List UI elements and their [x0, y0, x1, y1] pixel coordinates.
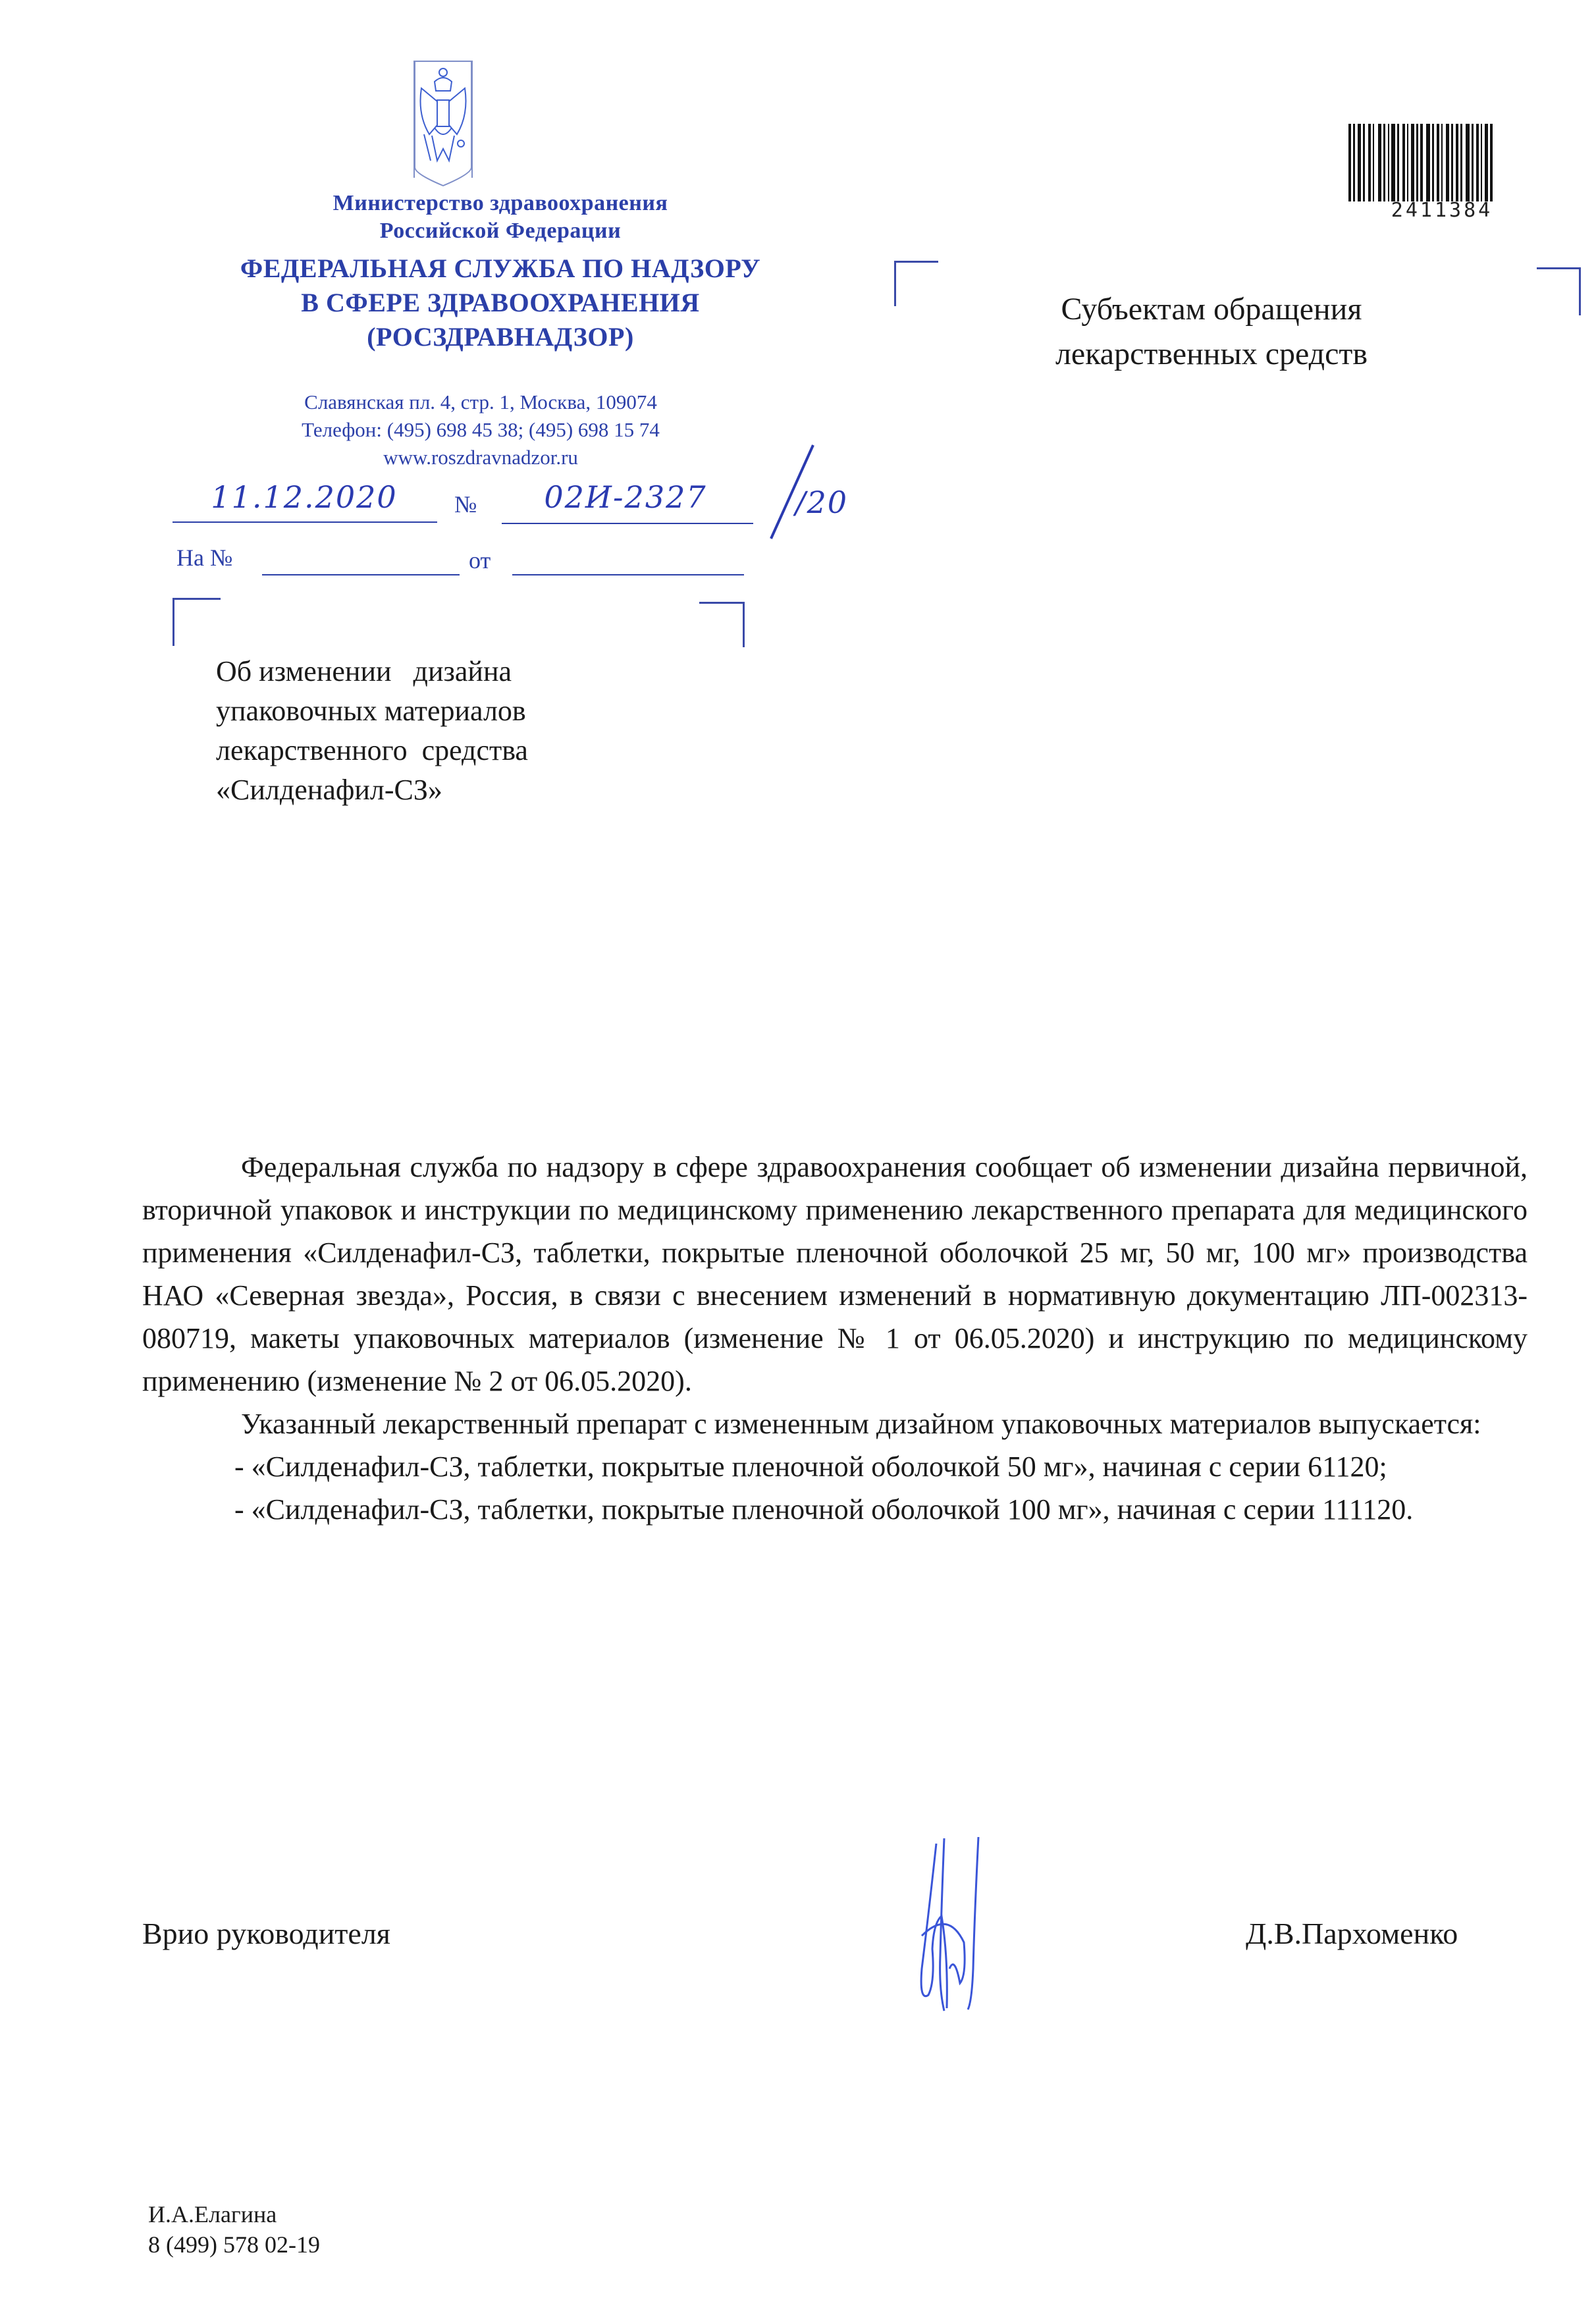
body-paragraph: Указанный лекарственный препарат с измен…	[142, 1402, 1528, 1445]
executor-phone: 8 (499) 578 02-19	[148, 2229, 320, 2260]
agency-line-3: (РОСЗДРАВНАДЗОР)	[165, 320, 836, 354]
agency-line-1: ФЕДЕРАЛЬНАЯ СЛУЖБА ПО НАДЗОРУ	[165, 252, 836, 286]
recipient-line-1: Субъектам обращения	[974, 287, 1449, 332]
website-link[interactable]: www.roszdravnadzor.ru	[198, 444, 764, 471]
subject-corner-top-left	[173, 598, 221, 646]
signatory-name: Д.В.Пархоменко	[1246, 1916, 1458, 1951]
recipient-block: Субъектам обращения лекарственных средст…	[974, 287, 1449, 377]
date-underline	[173, 521, 437, 523]
handwritten-signature-icon	[876, 1837, 1047, 2015]
registration-number: 02И-2327	[500, 479, 751, 515]
subject-line-4: «Силденафил-СЗ»	[216, 770, 585, 810]
agency-name: ФЕДЕРАЛЬНАЯ СЛУЖБА ПО НАДЗОРУ В СФЕРЕ ЗД…	[165, 252, 836, 354]
subject-line-2: упаковочных материалов	[216, 691, 585, 731]
body-paragraph: Федеральная служба по надзору в сфере зд…	[142, 1146, 1528, 1402]
signatory-role: Врио руководителя	[142, 1916, 390, 1951]
subject-line-1: Об изменении дизайна	[216, 652, 585, 691]
coat-of-arms-emblem	[413, 61, 473, 178]
reply-date-field	[512, 574, 744, 575]
recipient-line-2: лекарственных средств	[974, 332, 1449, 377]
registration-number-suffix: /20	[795, 485, 848, 520]
registration-date: 11.12.2020	[173, 479, 436, 515]
number-underline	[502, 523, 753, 524]
ministry-line-1: Министерство здравоохранения	[217, 190, 784, 217]
barcode	[1348, 124, 1539, 201]
executor-block: И.А.Елагина 8 (499) 578 02-19	[148, 2199, 320, 2260]
reply-number-label: На №	[176, 544, 232, 572]
number-label: №	[454, 491, 477, 518]
recipient-corner-top-right	[1537, 267, 1581, 315]
reply-number-field	[262, 574, 460, 575]
subject-corner-top-right	[699, 602, 745, 647]
address: Славянская пл. 4, стр. 1, Москва, 109074	[198, 388, 764, 416]
agency-contacts: Славянская пл. 4, стр. 1, Москва, 109074…	[198, 388, 764, 471]
letter-subject: Об изменении дизайна упаковочных материа…	[216, 652, 585, 810]
list-item: - «Силденафил-СЗ, таблетки, покрытые пле…	[142, 1488, 1528, 1531]
phone: Телефон: (495) 698 45 38; (495) 698 15 7…	[198, 416, 764, 444]
recipient-corner-top-left	[894, 261, 938, 306]
ministry-line-2: Российской Федерации	[217, 217, 784, 245]
double-headed-eagle-icon	[415, 62, 471, 187]
letter-body: Федеральная служба по надзору в сфере зд…	[142, 1146, 1528, 1531]
agency-line-2: В СФЕРЕ ЗДРАВООХРАНЕНИЯ	[165, 286, 836, 320]
ministry-name: Министерство здравоохранения Российской …	[217, 190, 784, 245]
list-item: - «Силденафил-СЗ, таблетки, покрытые пле…	[142, 1445, 1528, 1488]
executor-name: И.А.Елагина	[148, 2199, 320, 2229]
barcode-number: 2411384	[1363, 199, 1521, 222]
reply-from-label: от	[469, 546, 491, 574]
subject-line-3: лекарственного средства	[216, 731, 585, 770]
